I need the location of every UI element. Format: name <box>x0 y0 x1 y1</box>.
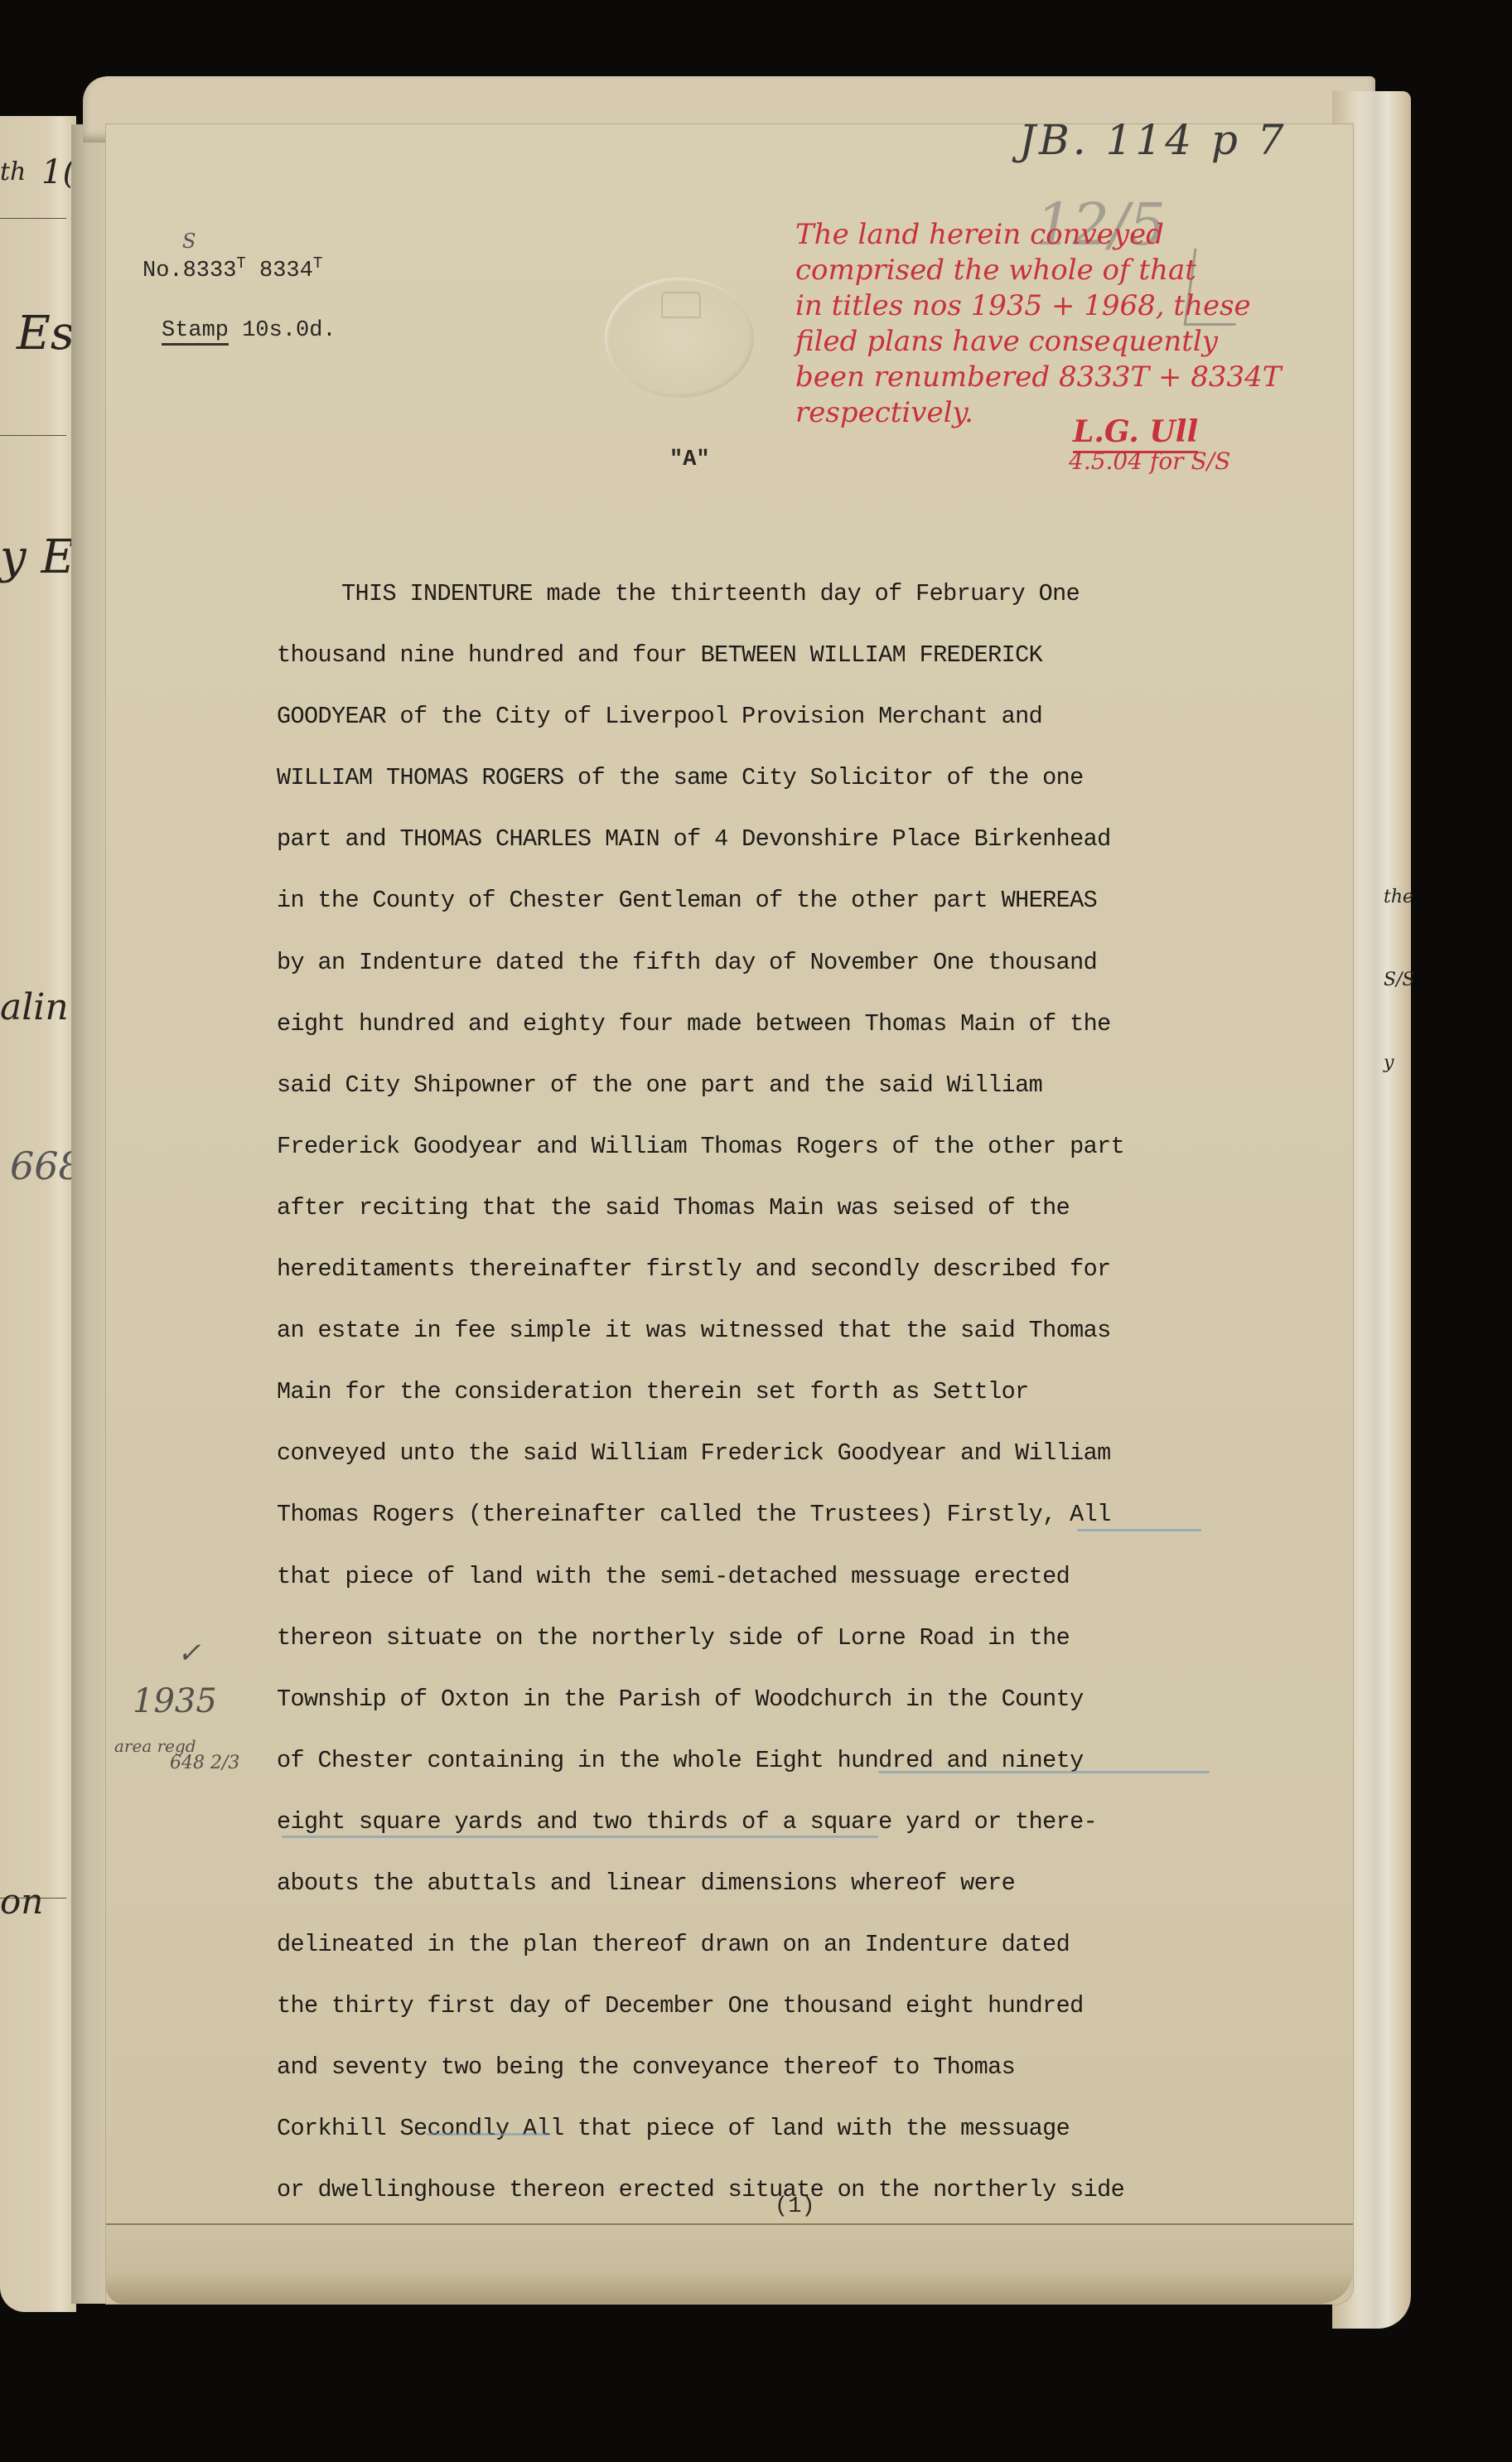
body-line: and seventy two being the conveyance the… <box>277 2037 1337 2098</box>
body-line: THIS INDENTURE made the thirteenth day o… <box>277 564 1337 625</box>
title-number-1: 8333 <box>183 259 237 283</box>
body-line: thereon situate on the northerly side of… <box>277 1608 1337 1669</box>
left-fragment: 1( <box>41 153 75 191</box>
title-number-2-suffix: T <box>313 254 322 273</box>
title-number-1-suffix: T <box>236 254 245 273</box>
left-fragment: alin <box>0 986 69 1028</box>
annotation-line: The land herein conveyed <box>795 217 1342 253</box>
body-line: delineated in the plan thereof drawn on … <box>277 1914 1337 1976</box>
body-line: thousand nine hundred and four BETWEEN W… <box>277 625 1337 686</box>
body-line: of Chester containing in the whole Eight… <box>277 1730 1337 1792</box>
annotation-line: comprised the whole of that <box>795 253 1342 288</box>
body-line: GOODYEAR of the City of Liverpool Provis… <box>277 686 1337 747</box>
body-line: in the County of Chester Gentleman of th… <box>277 870 1337 931</box>
left-fragment: on <box>0 1881 43 1922</box>
body-line: after reciting that the said Thomas Main… <box>277 1178 1337 1239</box>
red-ink-annotation: The land herein conveyed comprised the w… <box>795 217 1342 431</box>
title-number-2: 8334 <box>259 259 313 283</box>
body-line: Thomas Rogers (thereinafter called the T… <box>277 1484 1337 1545</box>
body-line: an estate in fee simple it was witnessed… <box>277 1300 1337 1362</box>
page-number: (1) <box>775 2194 815 2219</box>
edge-fragment: S/S <box>1384 970 1415 990</box>
margin-area-value: 648 2/3 <box>170 1753 239 1773</box>
body-line: WILLIAM THOMAS ROGERS of the same City S… <box>277 747 1337 809</box>
title-numbers: S No.8333T 8334T <box>143 254 322 283</box>
stamp-value: 10s.0d. <box>242 318 336 343</box>
body-line: eight square yards and two thirds of a s… <box>277 1792 1337 1853</box>
body-line: the thirty first day of December One tho… <box>277 1976 1337 2037</box>
blue-underline-eight-hundred <box>878 1771 1210 1773</box>
number-label: No. <box>143 259 183 283</box>
body-line: Corkhill Secondly All that piece of land… <box>277 2098 1337 2160</box>
annotation-line: in titles nos 1935 + 1968, these <box>795 288 1342 324</box>
annotation-date: 4.5.04 for S/S <box>1069 447 1230 475</box>
body-line: eight hundred and eighty four made betwe… <box>277 994 1337 1055</box>
left-fragment: y E <box>0 530 75 584</box>
annotation-line: been renumbered 8333T + 8334T <box>795 360 1342 395</box>
crown-icon <box>661 292 701 318</box>
stamp-label: Stamp <box>162 318 229 346</box>
blue-underline-secondly <box>427 2133 551 2136</box>
body-line: conveyed unto the said William Frederick… <box>277 1423 1337 1484</box>
edge-fragment: the <box>1384 887 1413 907</box>
body-line: said City Shipowner of the one part and … <box>277 1055 1337 1116</box>
annotation-line: respectively. <box>795 395 1342 431</box>
indenture-body: THIS INDENTURE made the thirteenth day o… <box>277 564 1337 2222</box>
section-mark: "A" <box>669 447 710 472</box>
left-fragment: th <box>0 157 26 186</box>
body-line: Main for the consideration therein set f… <box>277 1362 1337 1423</box>
annotation-line: filed plans have consequently <box>795 324 1342 360</box>
body-line: Frederick Goodyear and William Thomas Ro… <box>277 1116 1337 1178</box>
body-line: part and THOMAS CHARLES MAIN of 4 Devons… <box>277 809 1337 870</box>
divider <box>0 218 66 219</box>
divider <box>0 435 66 436</box>
blue-underline-square-yards <box>282 1836 878 1838</box>
body-line: hereditaments thereinafter firstly and s… <box>277 1239 1337 1300</box>
stamp-duty: Stamp 10s.0d. <box>162 318 336 343</box>
blue-underline-firstly <box>1077 1529 1201 1531</box>
margin-title-number: 1935 <box>133 1682 217 1720</box>
page-bottom-fold <box>106 2223 1353 2304</box>
body-line: by an Indenture dated the fifth day of N… <box>277 932 1337 994</box>
pencil-check-icon: ✓ <box>177 1637 201 1670</box>
handwritten-reference: JB. 114 p 7 <box>1019 116 1287 164</box>
edge-fragment: y <box>1384 1052 1394 1073</box>
left-page-fragment: th 1( Esq y E alin 668 on <box>0 116 76 2312</box>
body-line: Township of Oxton in the Parish of Woodc… <box>277 1669 1337 1730</box>
body-line: abouts the abuttals and linear dimension… <box>277 1853 1337 1914</box>
body-line: that piece of land with the semi-detache… <box>277 1546 1337 1608</box>
pencil-prefix: S <box>182 230 196 253</box>
